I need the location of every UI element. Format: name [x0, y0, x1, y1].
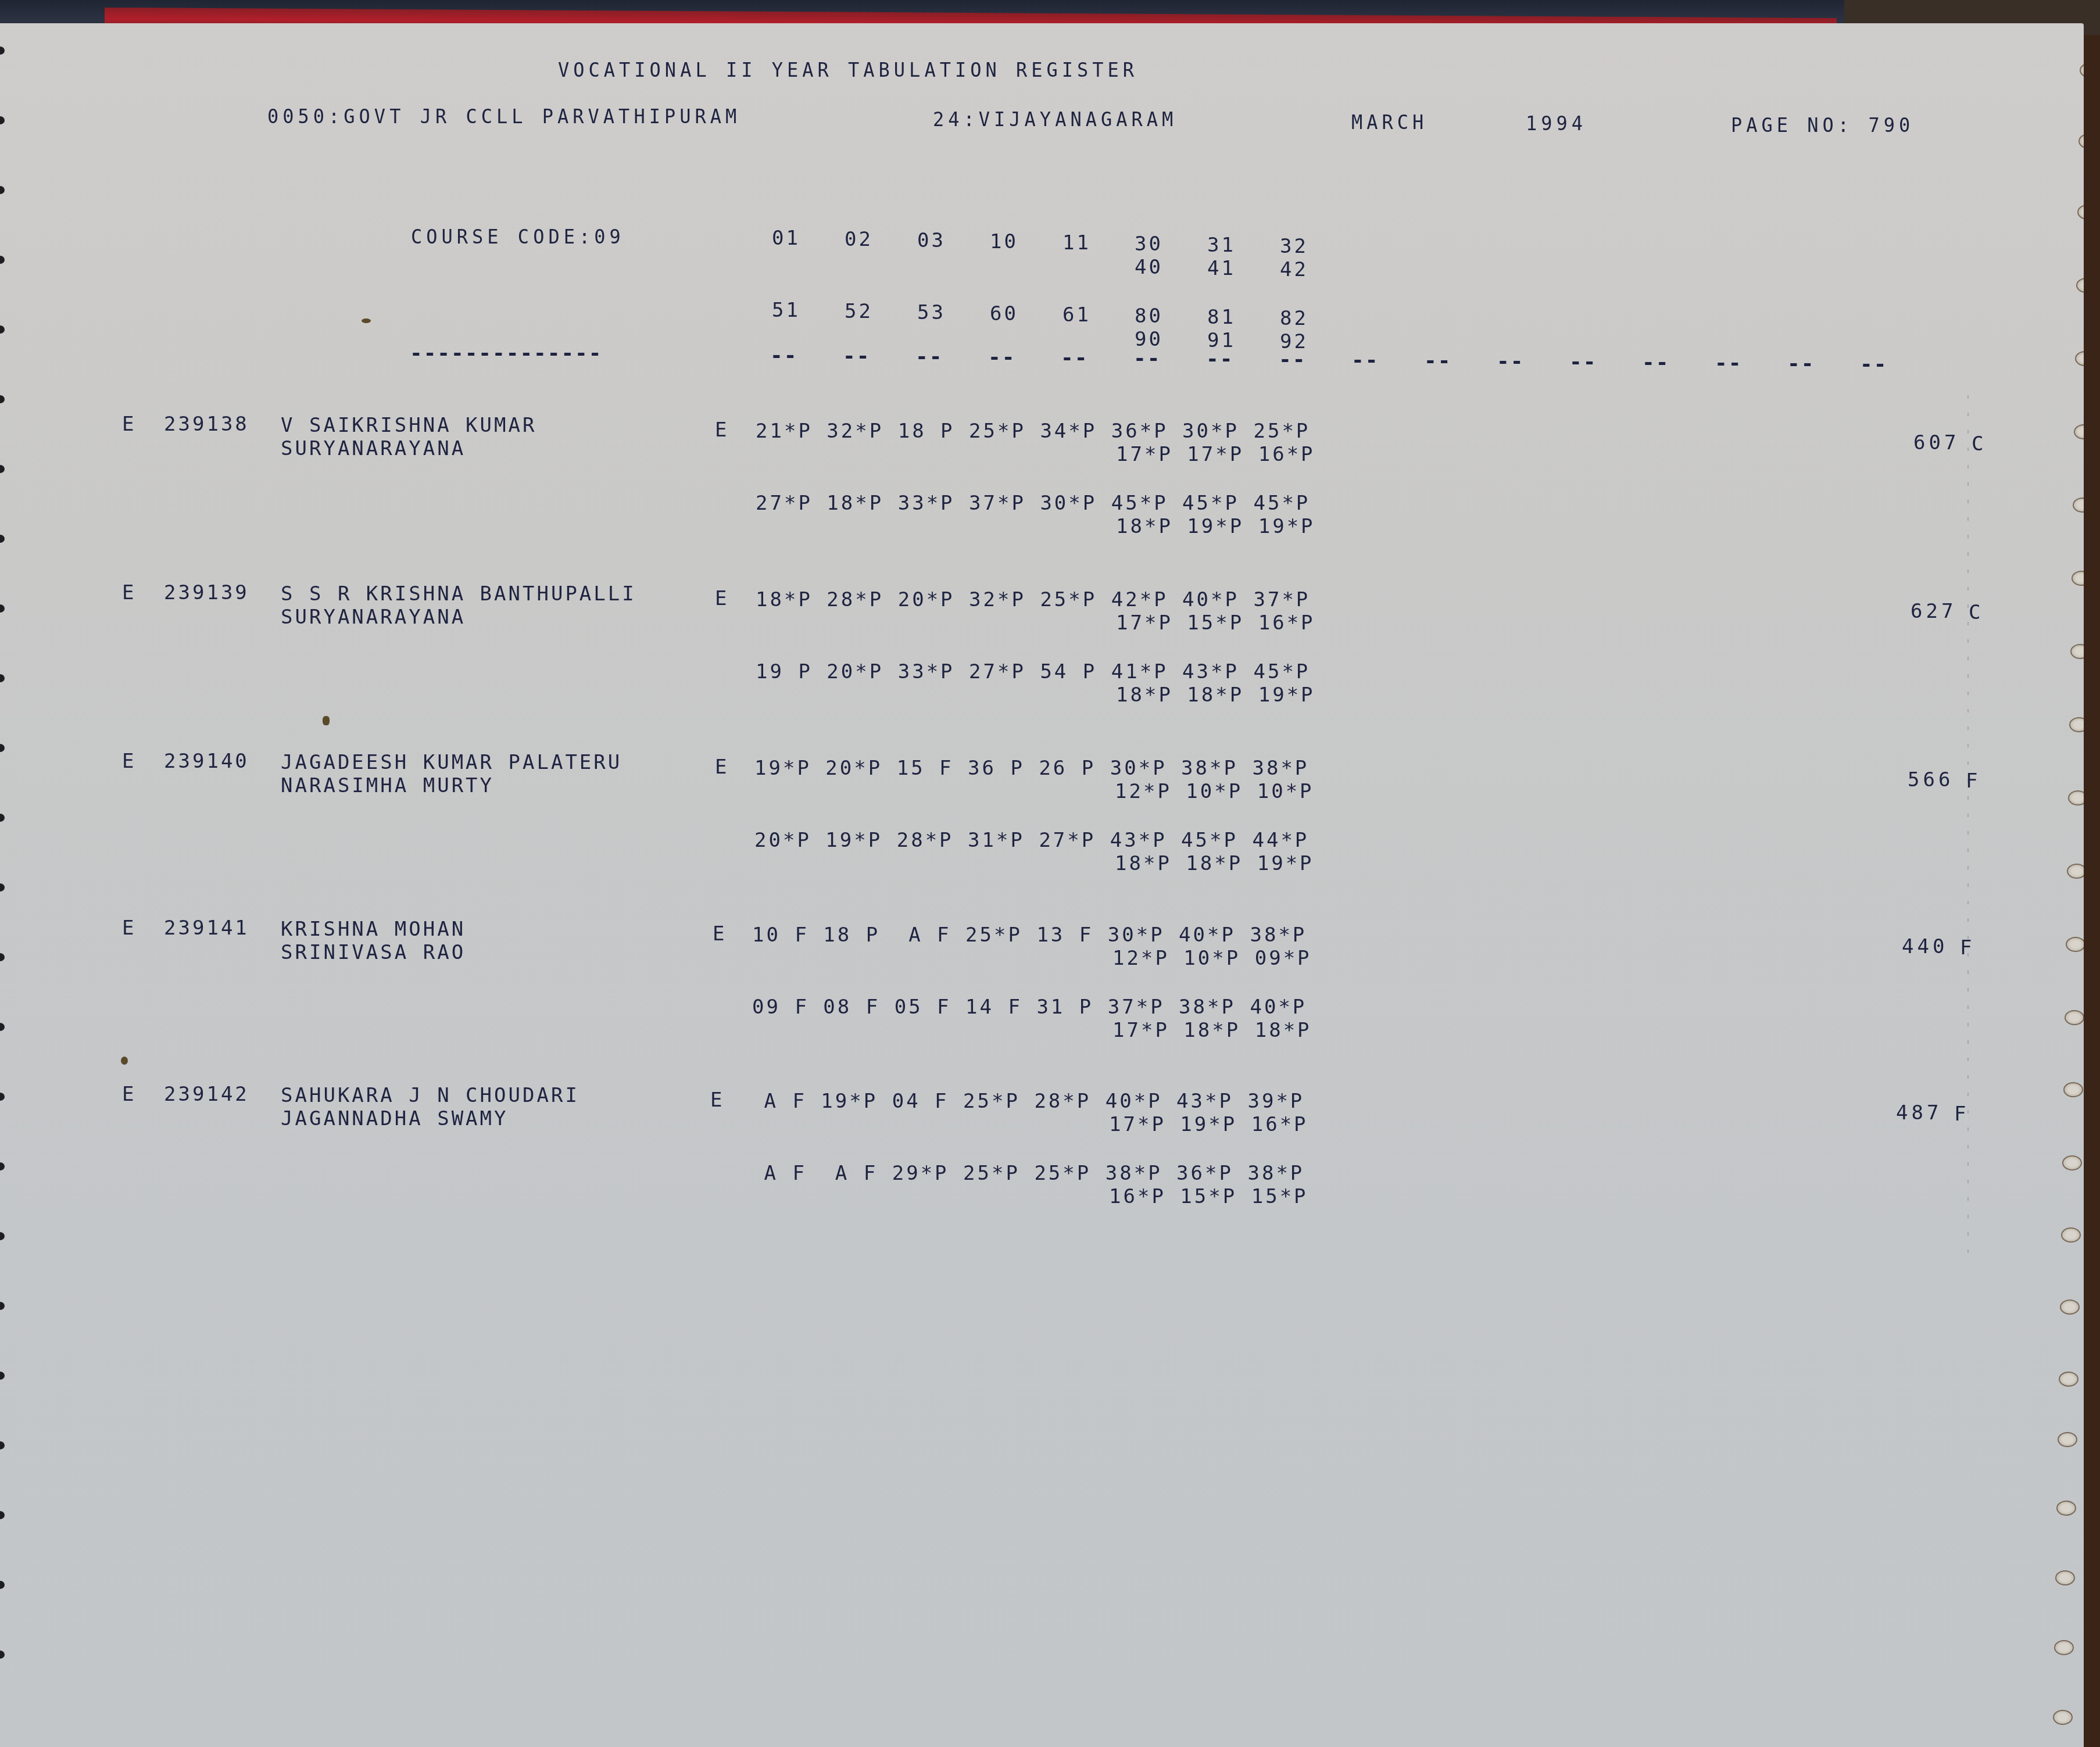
feed-hole-icon — [2056, 1501, 2076, 1516]
subject-code: 82 — [1280, 307, 1308, 330]
underline-col: -- — [1569, 350, 1597, 374]
course-code: COURSE CODE:09 — [411, 224, 625, 249]
marks-year2-main: A F A F 29*P 25*P 25*P 38*P 36*P 38*P — [750, 1162, 1304, 1185]
student-name: S S R KRISHNA BANTHUPALLI — [281, 582, 636, 606]
father-name: JAGANNADHA SWAMY — [281, 1107, 509, 1130]
medium: E — [122, 581, 136, 604]
marks-year2-sub: 18*P 18*P 19*P — [1115, 852, 1314, 875]
subject-code: 30 — [1135, 232, 1163, 256]
result-grade: C — [1969, 601, 1984, 624]
feed-hole-icon — [2066, 937, 2085, 952]
marks-year1-main: 10 F 18 P A F 25*P 13 F 30*P 40*P 38*P — [752, 923, 1307, 947]
underline-col: -- — [1715, 352, 1742, 375]
exam-type: E — [713, 922, 727, 946]
subject-code: 10 — [990, 230, 1018, 253]
exam-type: E — [710, 1089, 724, 1112]
marks-year1-main: 19*P 20*P 15 F 36 P 26 P 30*P 38*P 38*P — [754, 757, 1309, 780]
total-marks: 440 — [1902, 935, 1948, 958]
exam-year: 1994 — [1526, 111, 1587, 135]
subject-code: 32 — [1280, 235, 1308, 258]
marks-year2-main: 20*P 19*P 28*P 31*P 27*P 43*P 45*P 44*P — [754, 829, 1309, 852]
subject-code: 81 — [1207, 306, 1236, 329]
feed-hole-icon — [2053, 1710, 2073, 1725]
subject-code: 61 — [1062, 303, 1091, 327]
feed-hole-icon — [2063, 1082, 2083, 1097]
hall-ticket-number: 239140 — [164, 750, 249, 773]
hall-ticket-number: 239141 — [164, 917, 249, 940]
hall-ticket-number: 239138 — [164, 413, 249, 436]
feed-hole-icon — [2058, 1432, 2077, 1447]
subject-code: 03 — [917, 229, 946, 252]
feed-hole-icon — [2055, 1570, 2075, 1585]
register-page: VOCATIONAL II YEAR TABULATION REGISTER 0… — [0, 23, 2084, 1747]
medium: E — [122, 750, 136, 773]
ink-speck — [121, 1057, 128, 1065]
underline-col: -- — [1787, 352, 1815, 376]
subject-code: 41 — [1207, 257, 1236, 280]
underline-col: -- — [988, 346, 1015, 370]
marks-year1-sub: 17*P 15*P 16*P — [1116, 611, 1315, 635]
marks-year2-sub: 18*P 19*P 19*P — [1116, 515, 1315, 538]
subject-code: 60 — [990, 302, 1018, 325]
father-name: NARASIMHA MURTY — [281, 774, 494, 797]
underline-col: -- — [1351, 349, 1379, 373]
document-title: VOCATIONAL II YEAR TABULATION REGISTER — [558, 58, 1138, 82]
underline-col: -- — [1642, 351, 1669, 375]
underline-col: -- — [1497, 350, 1524, 374]
exam-month: MARCH — [1351, 110, 1428, 134]
feed-hole-icon — [2054, 1640, 2074, 1655]
underline-left: -------------- — [410, 342, 602, 366]
medium: E — [122, 413, 136, 436]
underline-col: -- — [1206, 348, 1233, 371]
feed-hole-icon — [2060, 1299, 2080, 1315]
hall-ticket-number: 239142 — [164, 1083, 249, 1106]
underline-col: -- — [1061, 346, 1088, 370]
exam-type: E — [715, 418, 729, 442]
subject-code: 31 — [1207, 234, 1236, 257]
father-name: SRINIVASA RAO — [281, 941, 466, 964]
college-name: 0050:GOVT JR CCLL PARVATHIPURAM — [267, 104, 740, 128]
marks-year1-main: 21*P 32*P 18 P 25*P 34*P 36*P 30*P 25*P — [756, 420, 1310, 443]
underline-col: -- — [1424, 349, 1451, 373]
subject-code: 52 — [845, 300, 873, 323]
ink-speck — [362, 318, 371, 323]
marks-year1-sub: 17*P 17*P 16*P — [1116, 443, 1315, 466]
subject-code: 42 — [1280, 258, 1308, 281]
hall-ticket-number: 239139 — [164, 581, 249, 604]
feed-hole-icon — [2059, 1372, 2078, 1387]
underline-col: -- — [915, 345, 943, 369]
subject-code: 02 — [845, 228, 873, 251]
marks-year2-sub: 16*P 15*P 15*P — [1109, 1185, 1308, 1208]
binder-right-edge — [2084, 35, 2100, 1747]
marks-year2-main: 19 P 20*P 33*P 27*P 54 P 41*P 43*P 45*P — [756, 660, 1310, 683]
total-marks: 566 — [1908, 768, 1954, 792]
total-marks: 627 — [1911, 600, 1956, 623]
perforation-guide-line — [1967, 395, 1969, 1267]
marks-year1-sub: 12*P 10*P 09*P — [1112, 947, 1312, 970]
page-number: PAGE NO: 790 — [1731, 113, 1914, 137]
exam-type: E — [715, 756, 729, 779]
feed-hole-icon — [2065, 1010, 2084, 1025]
subject-code: 01 — [772, 227, 800, 250]
marks-year1-sub: 12*P 10*P 10*P — [1115, 780, 1314, 803]
marks-year1-sub: 17*P 19*P 16*P — [1109, 1113, 1308, 1136]
marks-year2-sub: 17*P 18*P 18*P — [1112, 1019, 1312, 1042]
marks-year1-main: A F 19*P 04 F 25*P 28*P 40*P 43*P 39*P — [750, 1090, 1304, 1113]
underline-col: -- — [843, 345, 870, 368]
subject-code: 11 — [1062, 231, 1091, 255]
father-name: SURYANARAYANA — [281, 437, 466, 460]
underline-col: -- — [770, 344, 797, 368]
medium: E — [122, 1083, 136, 1106]
underline-col: -- — [1279, 348, 1306, 372]
marks-year2-sub: 18*P 18*P 19*P — [1116, 683, 1315, 707]
marks-year1-main: 18*P 28*P 20*P 32*P 25*P 42*P 40*P 37*P — [756, 588, 1310, 611]
medium: E — [122, 917, 136, 940]
underline-col: -- — [1133, 347, 1161, 371]
marks-year2-main: 09 F 08 F 05 F 14 F 31 P 37*P 38*P 40*P — [752, 996, 1307, 1019]
ink-speck — [323, 716, 330, 725]
district-name: 24:VIJAYANAGARAM — [933, 107, 1177, 131]
student-name: JAGADEESH KUMAR PALATERU — [281, 751, 622, 774]
subject-code: 53 — [917, 301, 946, 324]
result-grade: C — [1972, 432, 1987, 456]
student-name: V SAIKRISHNA KUMAR — [281, 414, 536, 437]
feed-hole-icon — [2062, 1155, 2082, 1170]
student-name: KRISHNA MOHAN — [281, 918, 466, 941]
marks-year2-main: 27*P 18*P 33*P 37*P 30*P 45*P 45*P 45*P — [756, 492, 1310, 515]
total-marks: 607 — [1913, 431, 1959, 454]
feed-hole-icon — [2061, 1227, 2081, 1243]
underline-col: -- — [1860, 353, 1887, 377]
subject-code: 51 — [772, 299, 800, 322]
father-name: SURYANARAYANA — [281, 606, 466, 629]
subject-code: 40 — [1135, 256, 1163, 279]
exam-type: E — [715, 587, 729, 610]
total-marks: 487 — [1896, 1101, 1942, 1125]
student-name: SAHUKARA J N CHOUDARI — [281, 1084, 579, 1107]
subject-code: 80 — [1135, 305, 1163, 328]
